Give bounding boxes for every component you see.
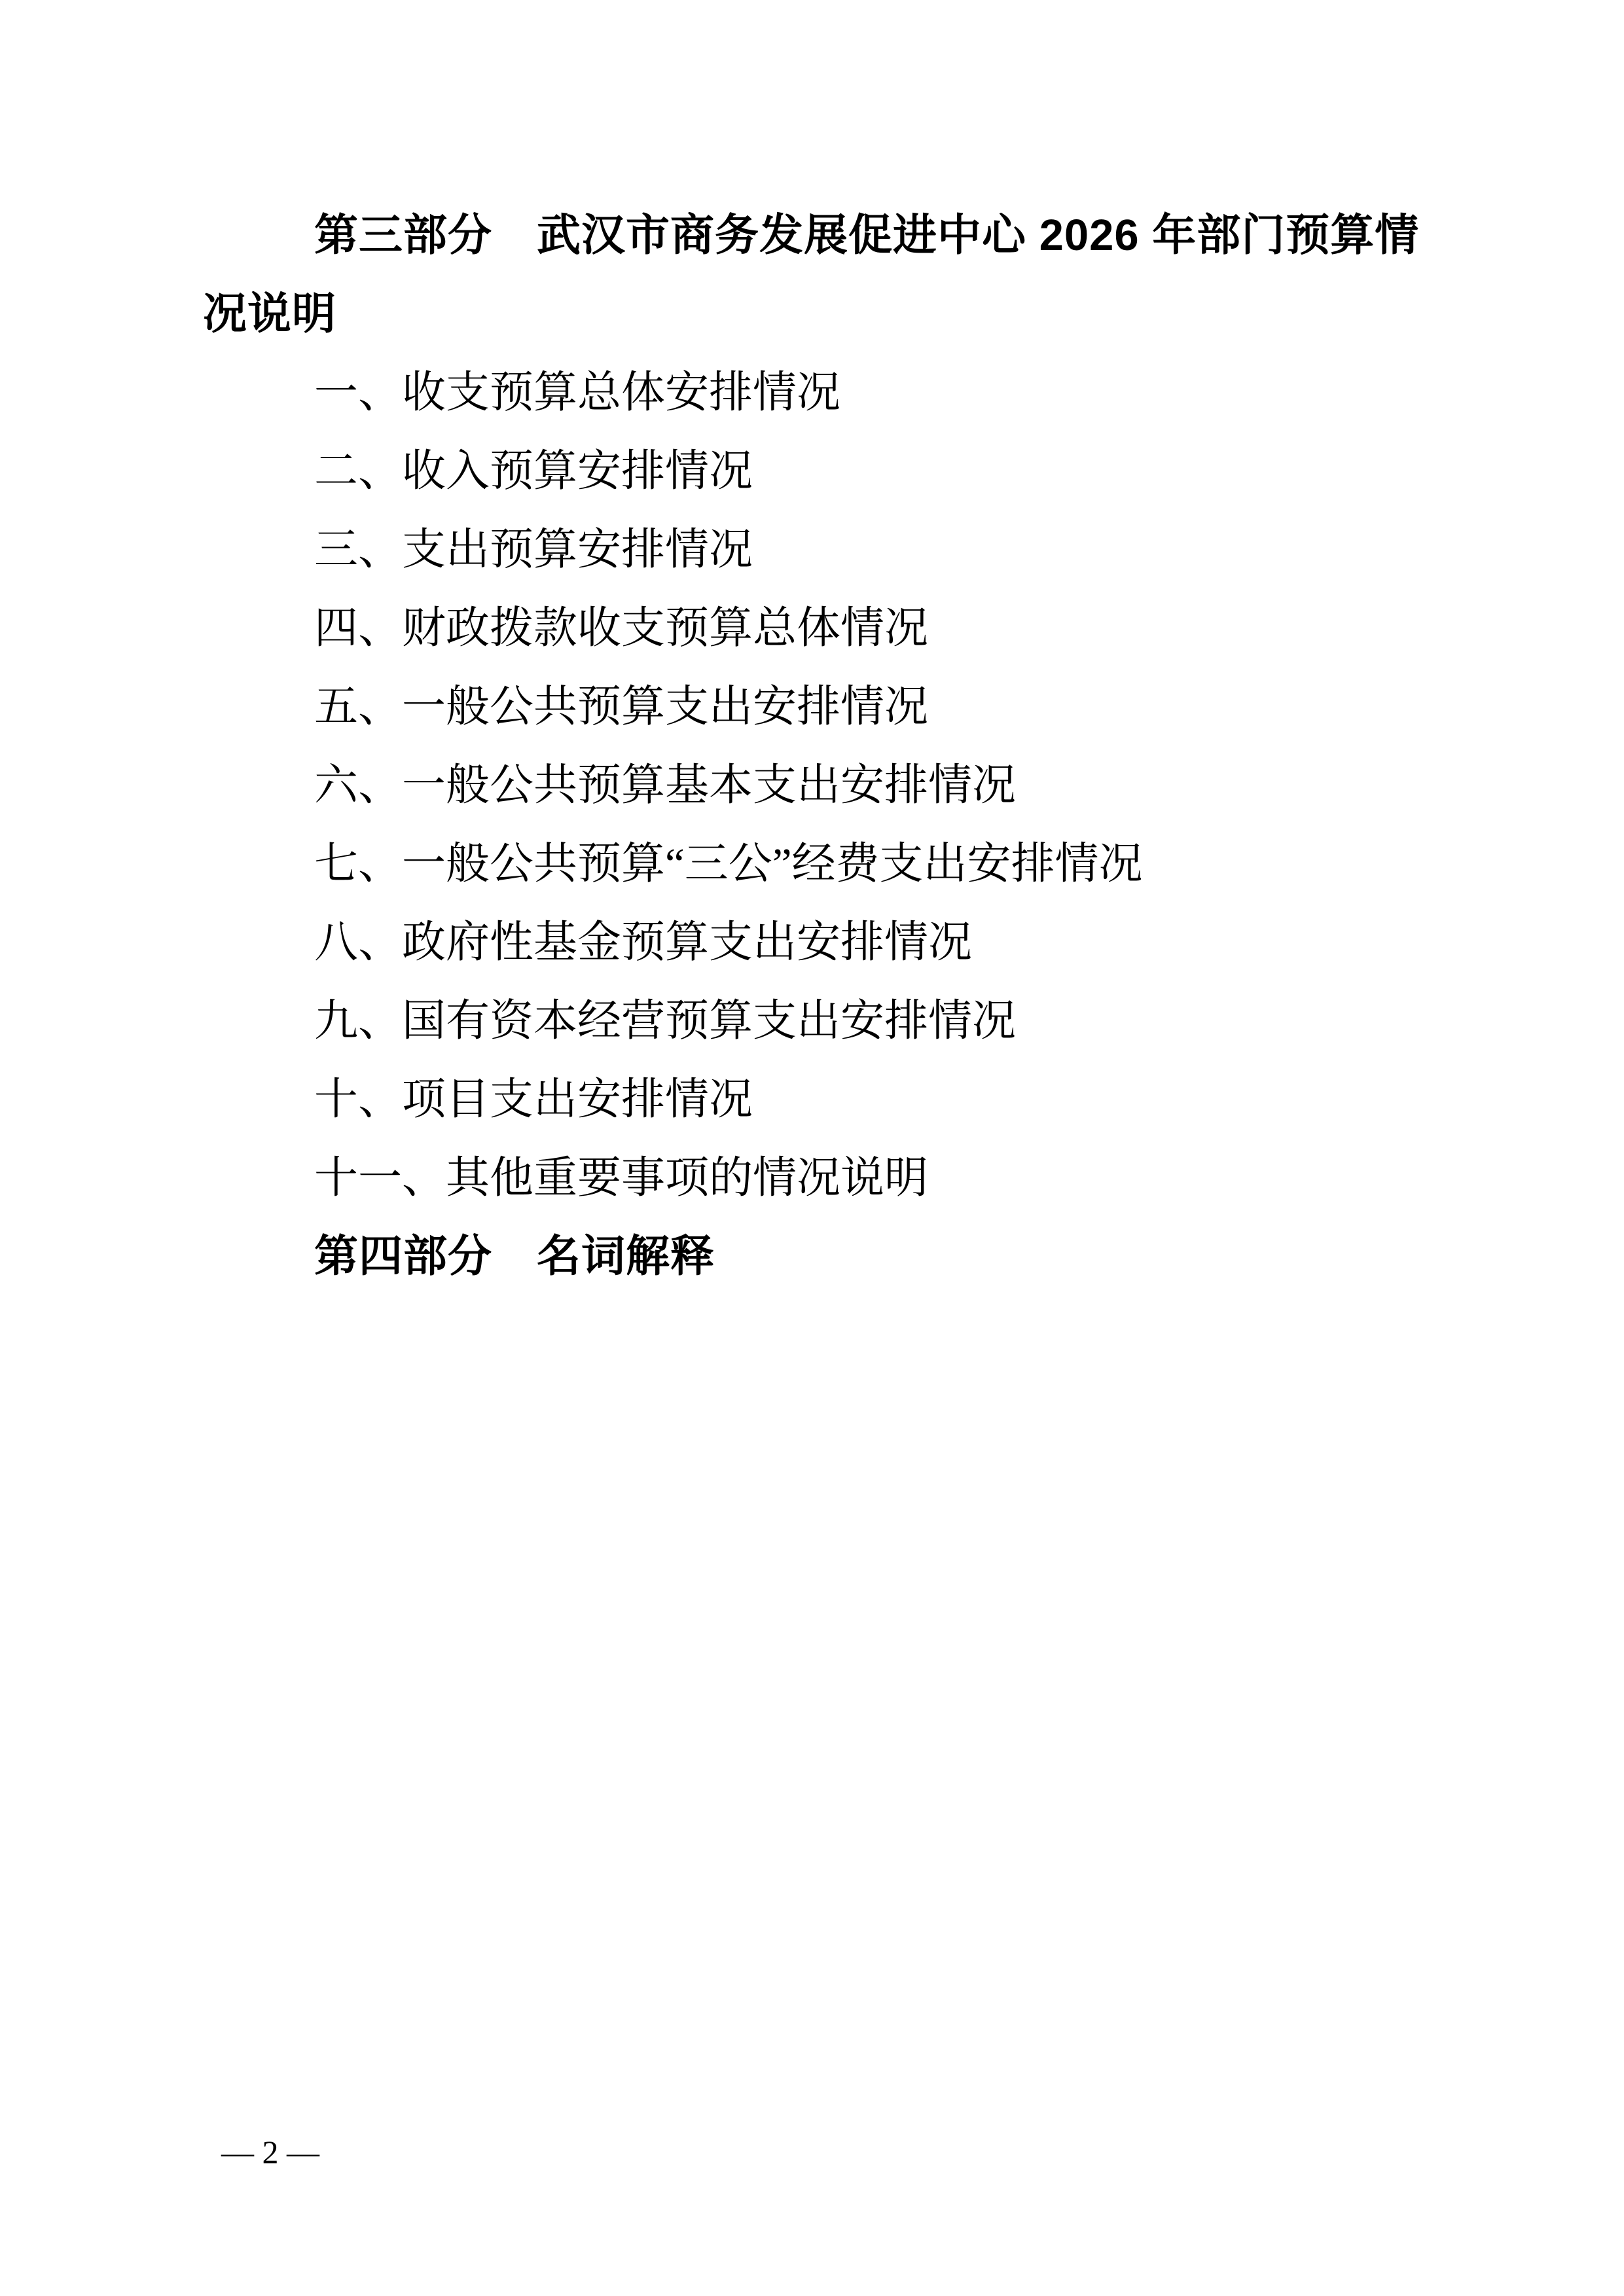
toc-item: 三、支出预算安排情况 [203,511,1434,589]
toc-item: 七、一般公共预算“三公”经费支出安排情况 [203,825,1434,903]
page-number: — 2 — [221,2132,319,2172]
part3-heading-line-2: 况说明 [203,275,1434,353]
toc-item: 五、一般公共预算支出安排情况 [203,668,1434,746]
toc-item: 二、收入预算安排情况 [203,432,1434,511]
toc-item: 八、政府性基金预算支出安排情况 [203,903,1434,982]
toc-item: 一、收支预算总体安排情况 [203,353,1434,432]
toc-list: 一、收支预算总体安排情况 二、收入预算安排情况 三、支出预算安排情况 四、财政拨… [203,353,1434,1217]
document-content: 第三部分 武汉市商务发展促进中心 2026 年部门预算情 况说明 一、收支预算总… [203,196,1434,1296]
toc-item: 十、项目支出安排情况 [203,1060,1434,1139]
toc-item: 九、国有资本经营预算支出安排情况 [203,982,1434,1060]
part3-heading-line-1: 第三部分 武汉市商务发展促进中心 2026 年部门预算情 [203,196,1434,275]
toc-item: 四、财政拨款收支预算总体情况 [203,589,1434,668]
document-page: 第三部分 武汉市商务发展促进中心 2026 年部门预算情 况说明 一、收支预算总… [0,0,1624,2296]
toc-item: 十一、其他重要事项的情况说明 [203,1139,1434,1217]
toc-item: 六、一般公共预算基本支出安排情况 [203,746,1434,825]
part4-heading: 第四部分 名词解释 [203,1217,1434,1296]
